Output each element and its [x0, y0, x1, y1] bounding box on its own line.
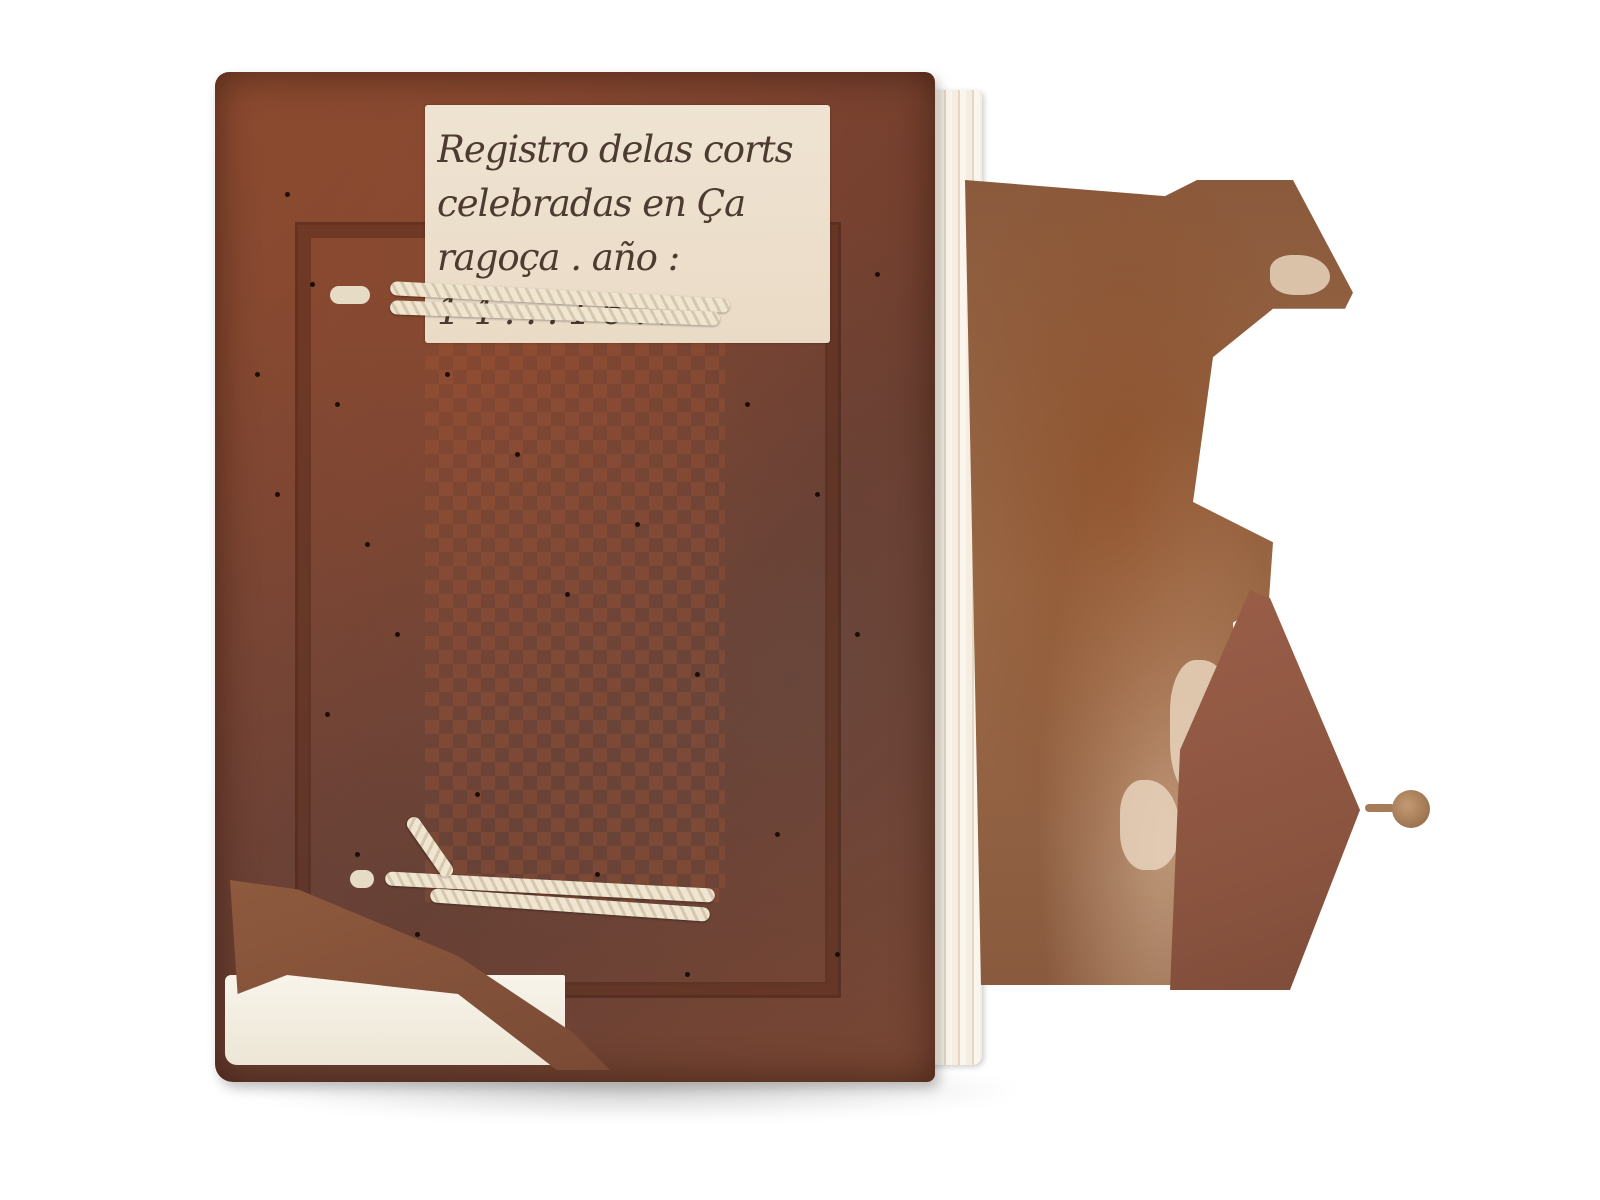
photo-scene: Registro delas corts celebradas en Ça ra… — [0, 0, 1600, 1200]
upper-rope-end — [330, 286, 370, 304]
lower-rope-end — [350, 870, 374, 888]
leather-toggle-button — [1392, 790, 1430, 828]
toggle-cord — [1365, 804, 1395, 812]
label-line-3: ragoça . año : — [437, 231, 818, 285]
label-line-1: Registro delas corts — [437, 123, 818, 177]
label-line-2: celebradas en Ça — [437, 177, 818, 231]
flaked-patch — [1270, 255, 1330, 295]
